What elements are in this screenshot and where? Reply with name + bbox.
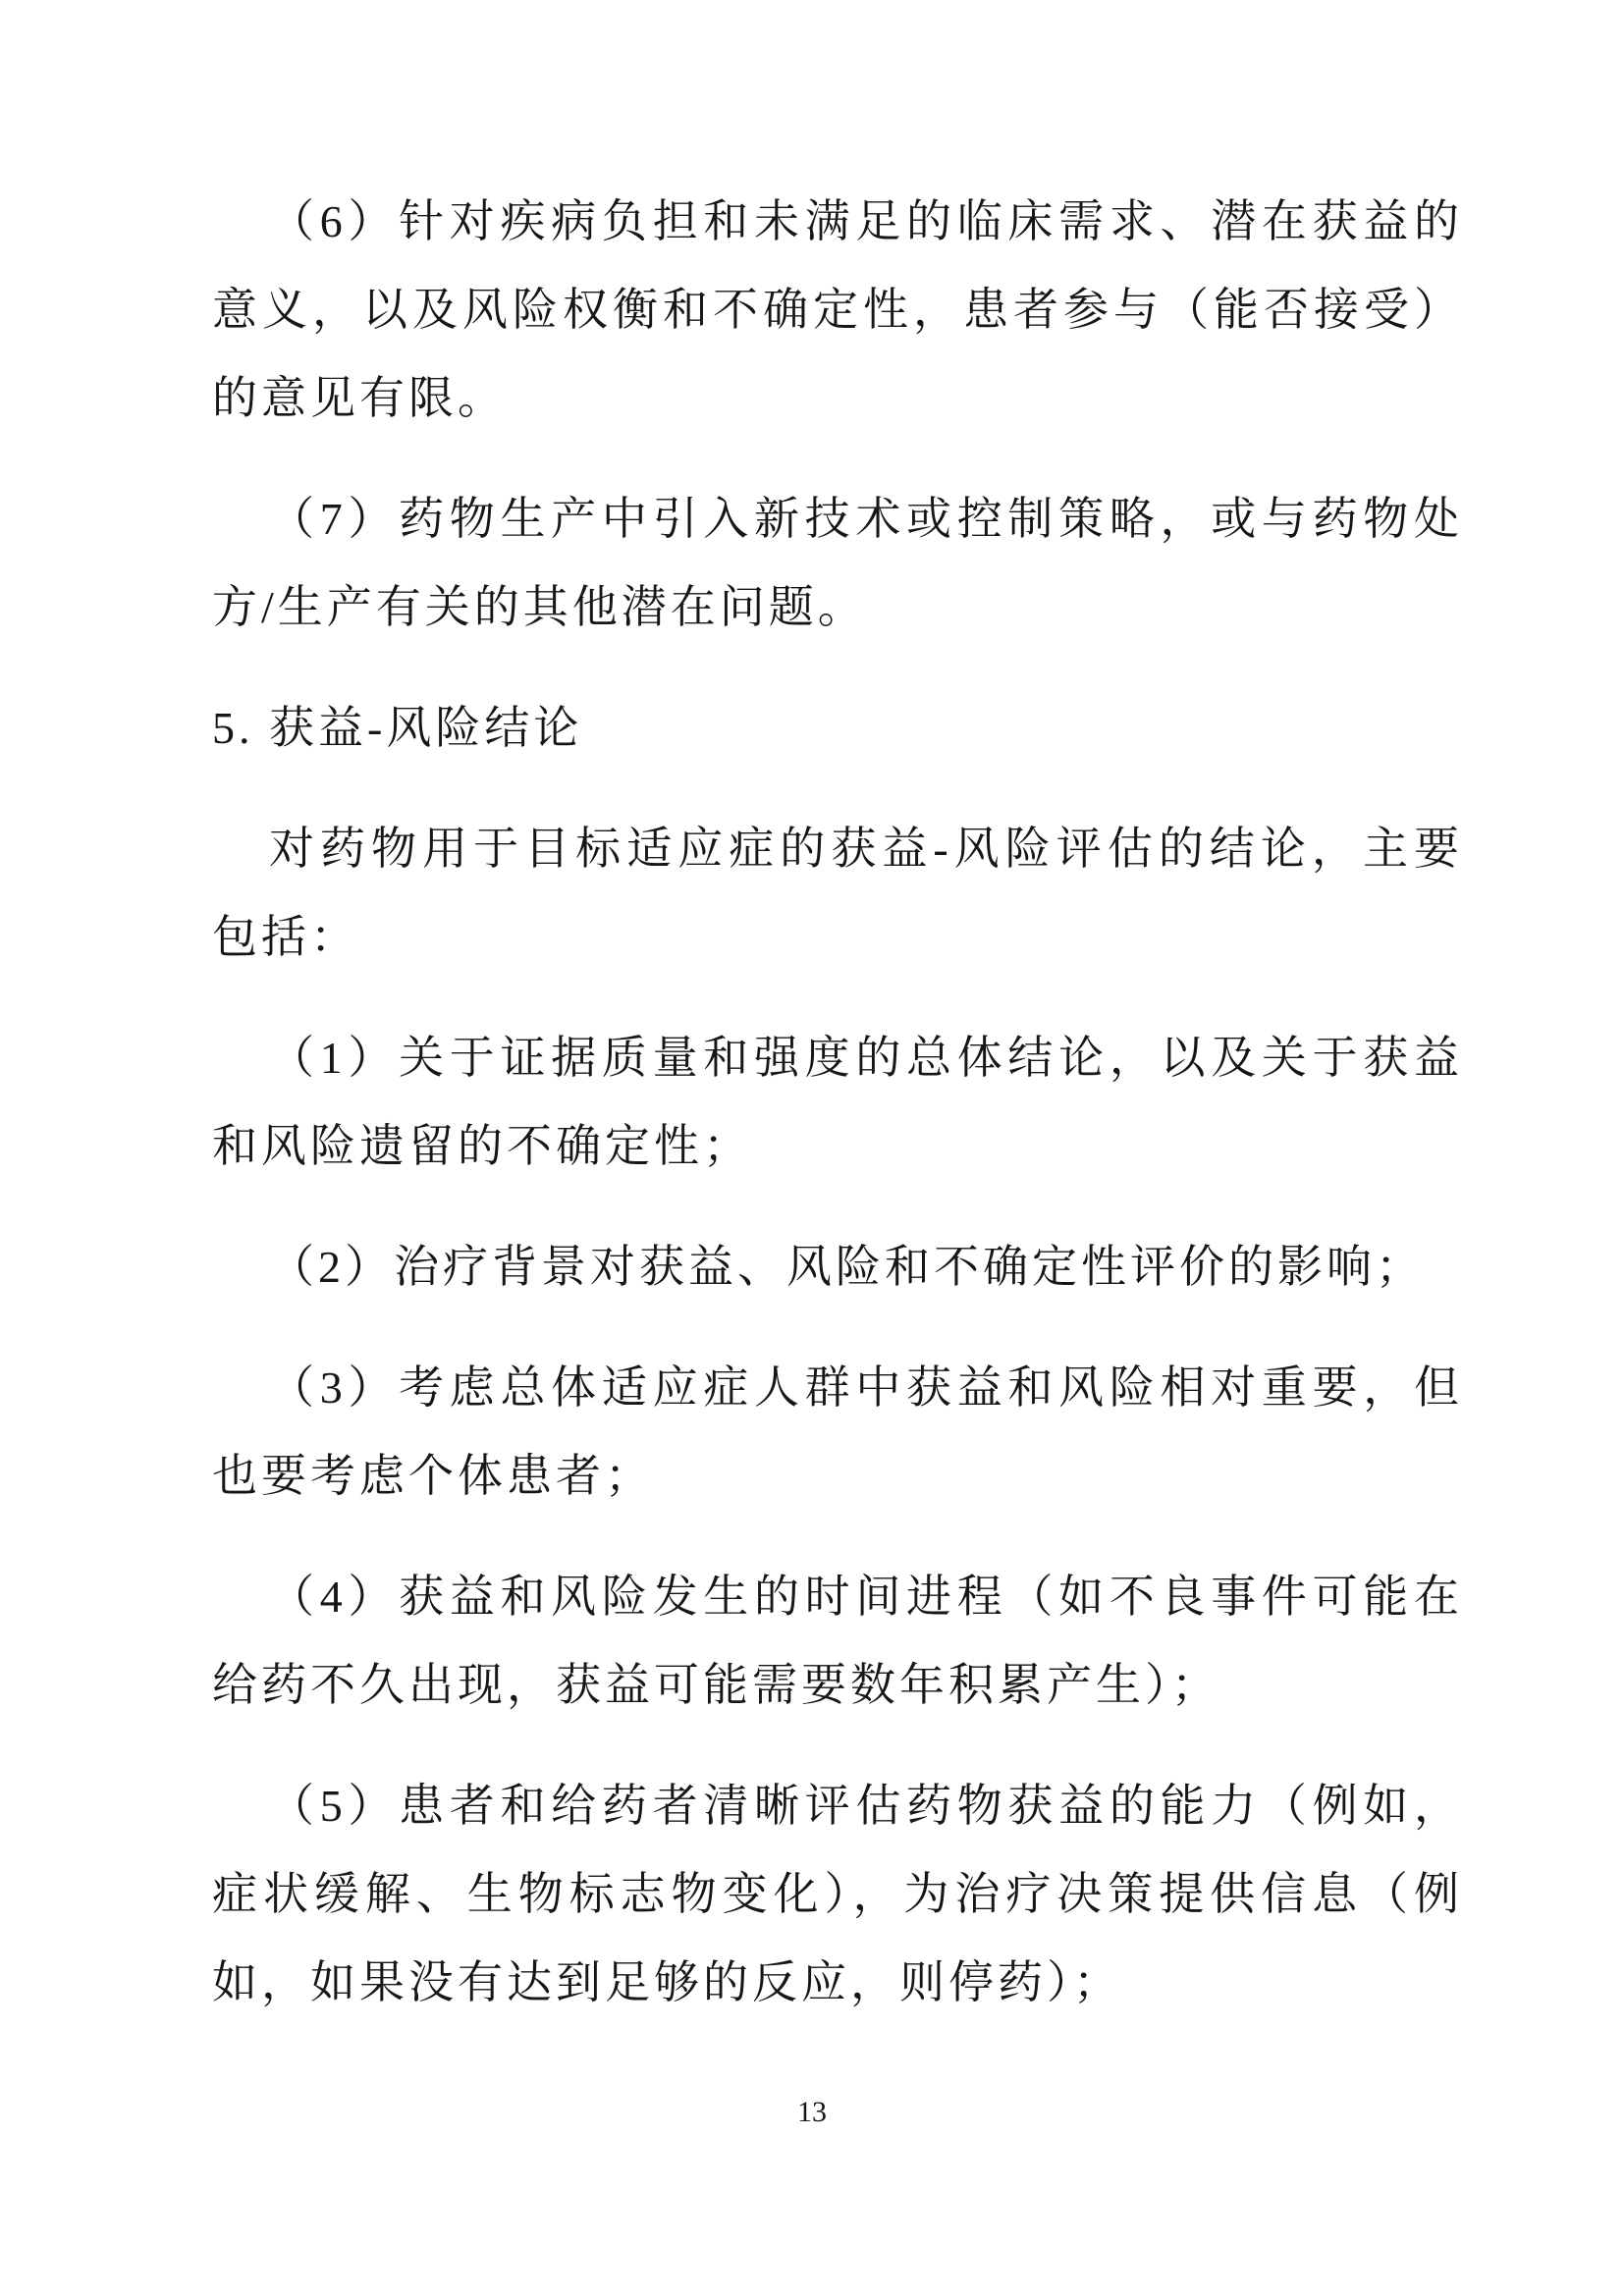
- paragraph-intro: 对药物用于目标适应症的获益-风险评估的结论，主要包括：: [212, 805, 1463, 982]
- list-item-4: （4）获益和风险发生的时间进程（如不良事件可能在给药不久出现，获益可能需要数年积…: [212, 1553, 1463, 1730]
- section-heading: 5. 获益-风险结论: [212, 684, 1463, 773]
- document-body: （6）针对疾病负担和未满足的临床需求、潜在获益的意义，以及风险权衡和不确定性，患…: [212, 178, 1463, 2059]
- list-item-1: （1）关于证据质量和强度的总体结论，以及关于获益和风险遗留的不确定性；: [212, 1014, 1463, 1191]
- list-item-2: （2）治疗背景对获益、风险和不确定性评价的影响；: [212, 1223, 1463, 1311]
- page-number: 13: [0, 2093, 1624, 2132]
- paragraph-item-7: （7）药物生产中引入新技术或控制策略，或与药物处方/生产有关的其他潜在问题。: [212, 475, 1463, 652]
- document-page: （6）针对疾病负担和未满足的临床需求、潜在获益的意义，以及风险权衡和不确定性，患…: [0, 0, 1624, 2296]
- list-item-5: （5）患者和给药者清晰评估药物获益的能力（例如，症状缓解、生物标志物变化），为治…: [212, 1762, 1463, 2027]
- list-item-3: （3）考虑总体适应症人群中获益和风险相对重要，但也要考虑个体患者；: [212, 1344, 1463, 1521]
- paragraph-item-6: （6）针对疾病负担和未满足的临床需求、潜在获益的意义，以及风险权衡和不确定性，患…: [212, 178, 1463, 443]
